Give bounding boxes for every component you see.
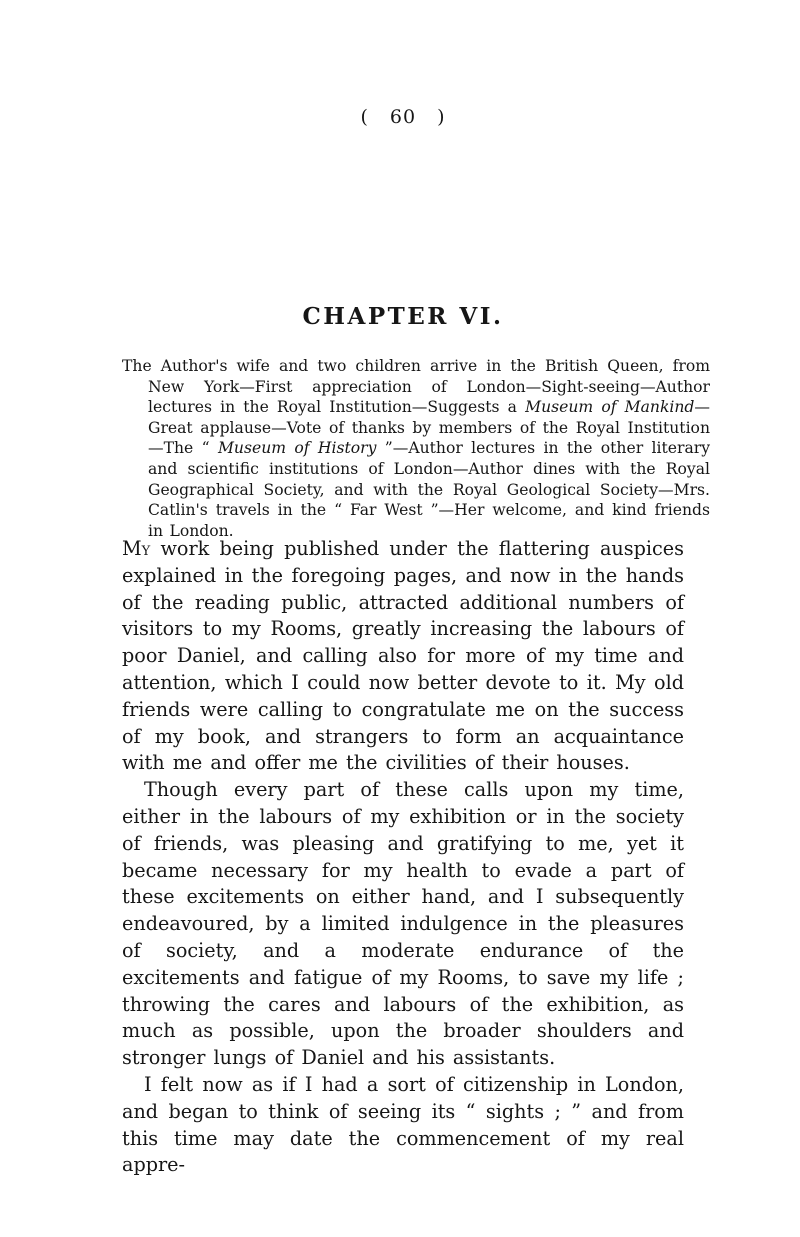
page-number: ( 60 ) xyxy=(122,106,684,128)
book-page: ( 60 ) CHAPTER VI. The Author's wife and… xyxy=(0,0,800,1237)
chapter-heading: CHAPTER VI. xyxy=(122,303,684,330)
body-paragraph: My work being published under the flatte… xyxy=(122,536,684,777)
paragraph-text: work being published under the flatterin… xyxy=(122,537,684,774)
body-paragraph: Though every part of these calls upon my… xyxy=(122,777,684,1072)
synopsis-run-italic: Museum of History xyxy=(218,439,376,457)
paragraph-lead: My xyxy=(122,537,150,560)
synopsis-run-italic: Museum of Mankind xyxy=(525,398,694,416)
chapter-synopsis: The Author's wife and two children arriv… xyxy=(122,356,710,541)
body-paragraph: I felt now as if I had a sort of citizen… xyxy=(122,1072,684,1179)
body-text: My work being published under the flatte… xyxy=(122,536,684,1179)
